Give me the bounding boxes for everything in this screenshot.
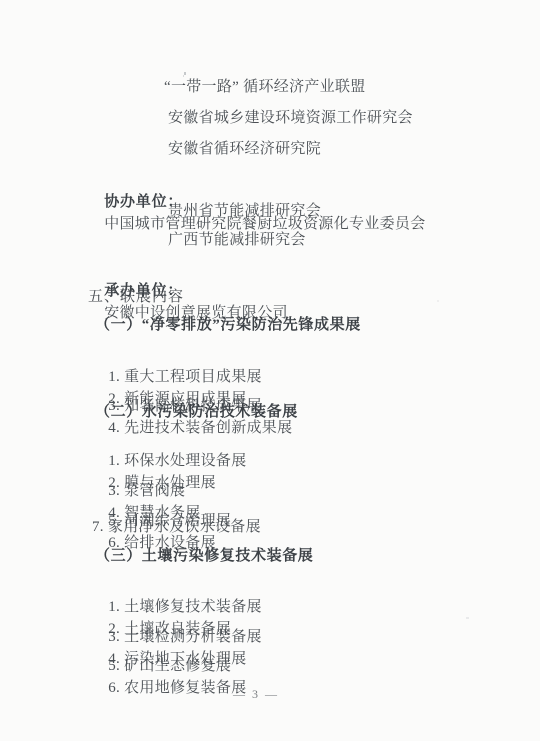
page-number: — 3 — xyxy=(0,686,512,702)
exhibit-row: 3. 土壤检测分析装备展 4. 污染地下水处理展 xyxy=(92,604,289,626)
exhibit-row: 5. 矿山生态修复展 6. 农用地修复装备展 xyxy=(92,633,289,655)
host-org-line: “一带一路” 循环经济产业联盟 xyxy=(164,76,366,98)
co-organizer-line: 协办单位： 中国城市管理研究院餐厨垃圾资源化专业委员会 xyxy=(88,169,426,191)
host-org-line: 安徽省城乡建设环境资源工作研究会 xyxy=(168,107,413,129)
scanned-document-page: “一带一路” 循环经济产业联盟 安徽省城乡建设环境资源工作研究会 安徽省循环经济… xyxy=(0,0,540,741)
undertaker-line: 承办单位： 安徽中设创意展览有限公司 xyxy=(88,258,288,280)
scan-artifact xyxy=(184,72,186,75)
subsection-heading: （一）“净零排放”污染防治先锋成果展 xyxy=(95,314,361,336)
exhibit-row: 1. 土壤修复技术装备展 2. 土壤改良装备展 xyxy=(92,574,289,596)
exhibit-row: 3. 知名高校科技成果展 4. 先进技术装备创新成果展 xyxy=(92,373,292,395)
exhibit-row: 5. 河湖综合治理展 6. 给排水设备展 xyxy=(92,488,289,510)
section-title: 五、联展内容 xyxy=(88,286,184,308)
subsection-heading: （三）土壤污染修复技术装备展 xyxy=(95,545,313,567)
subsection-heading: （二）水污染防治技术装备展 xyxy=(95,401,298,423)
exhibit-item: 5. 矿山生态修复展 xyxy=(108,655,289,677)
exhibit-row: 1. 重大工程项目成果展 2. 新能源应用成果展 xyxy=(92,344,289,366)
exhibit-item: 7. 家用净水及饮水设备展 xyxy=(92,516,261,538)
co-organizer-item: 广西节能减排研究会 xyxy=(168,229,306,251)
scan-artifact xyxy=(466,617,469,619)
host-org-line: 安徽省循环经济研究院 xyxy=(168,138,321,160)
co-organizer-item: 贵州省节能减排研究会 xyxy=(168,200,321,222)
exhibit-row: 3. 泵管阀展 4. 智慧水务展 xyxy=(92,458,289,480)
exhibit-row: 1. 环保水处理设备展 2. 膜与水处理展 xyxy=(92,428,289,450)
scan-artifact xyxy=(437,300,439,302)
